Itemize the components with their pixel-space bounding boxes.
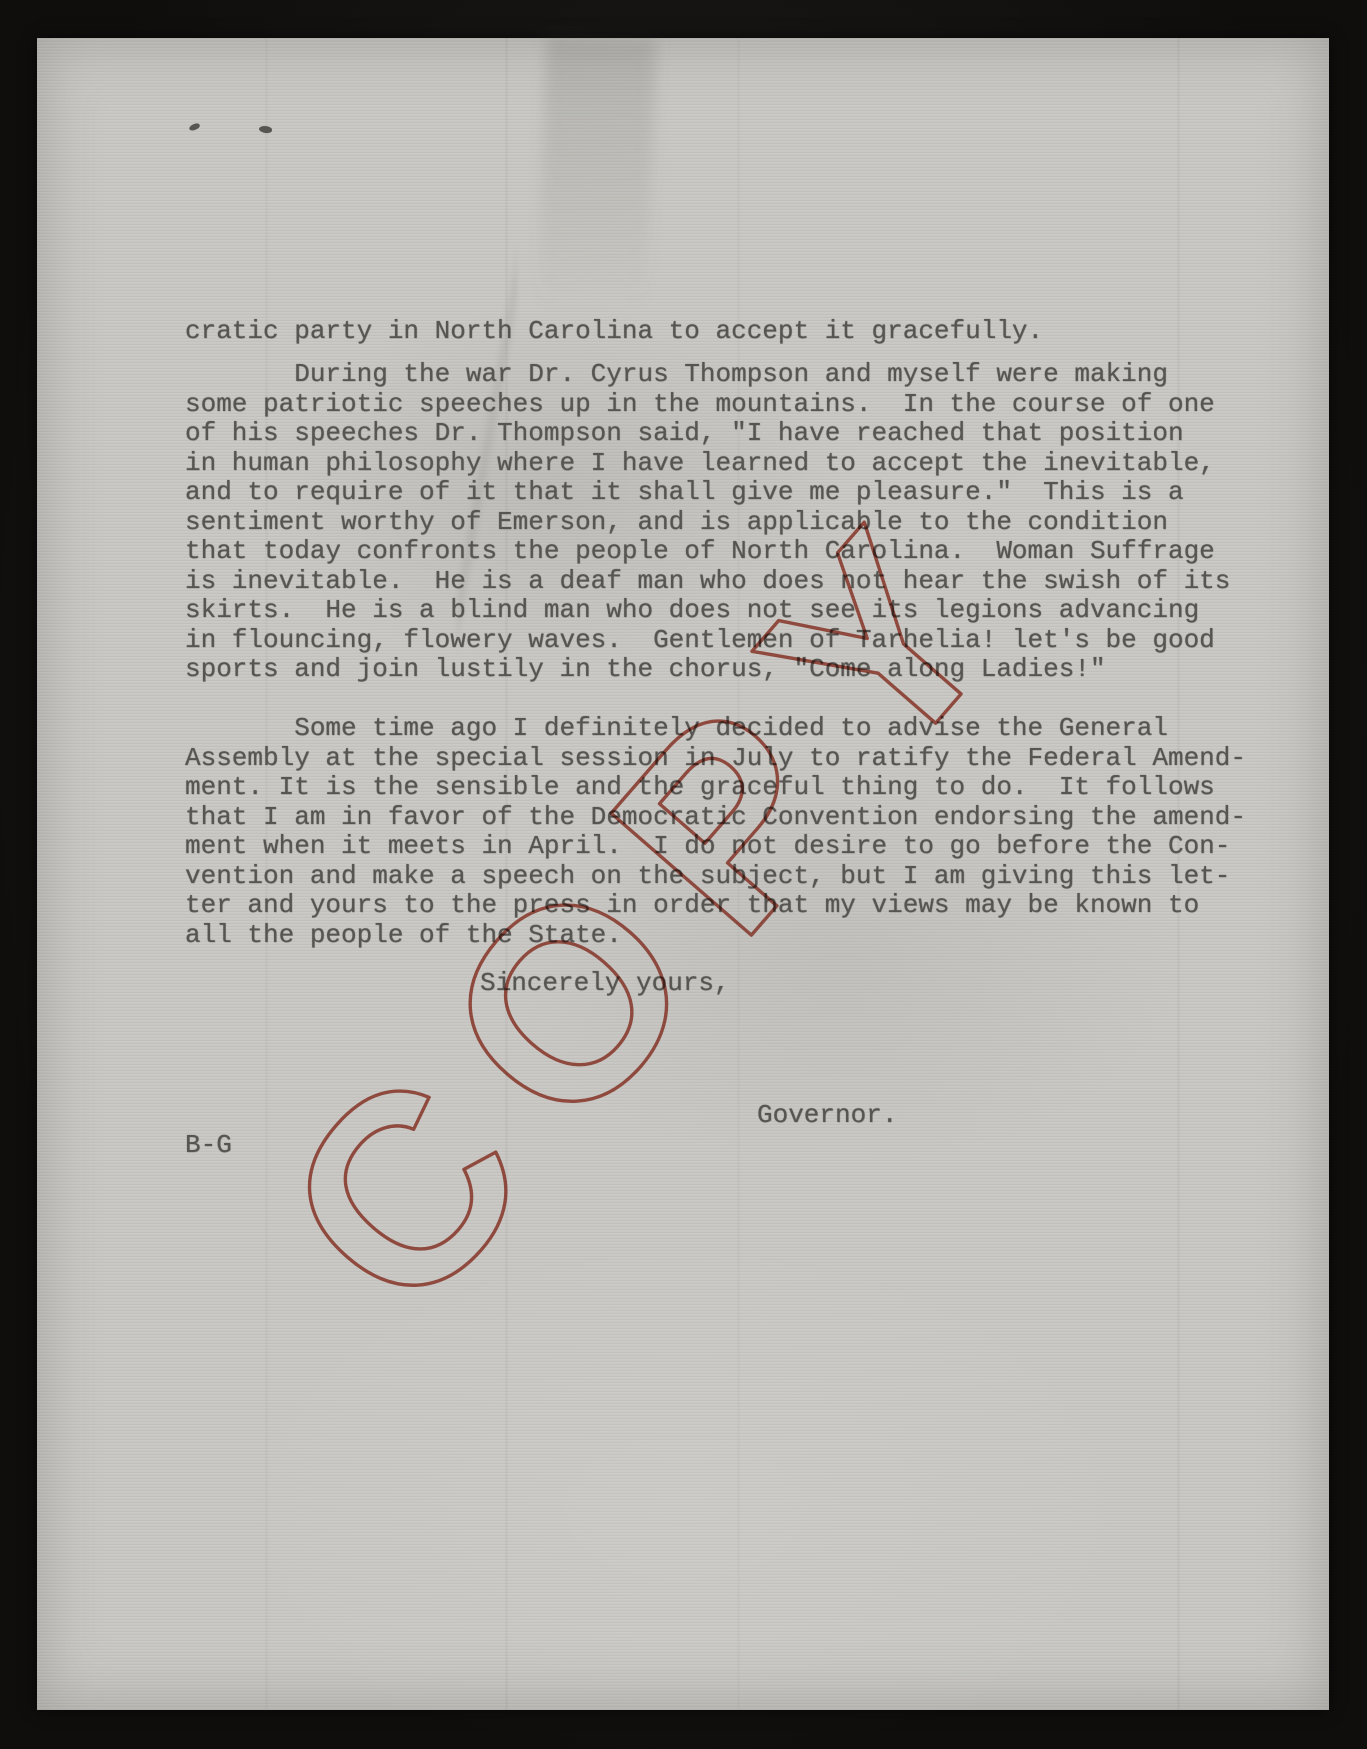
- ink-speck: [188, 122, 200, 131]
- ink-speck: [258, 125, 272, 135]
- letter-signature-title: Governor.: [757, 1101, 897, 1131]
- bleedthrough-smudge: [537, 36, 656, 310]
- typist-initials: B-G: [185, 1131, 232, 1161]
- letter-closing: Sincerely yours,: [480, 969, 730, 999]
- letter-paragraph-war-speeches: During the war Dr. Cyrus Thompson and my…: [185, 360, 1230, 685]
- letter-body-fragment-line: cratic party in North Carolina to accept…: [185, 317, 1043, 347]
- letter-paragraph-decision: Some time ago I definitely decided to ad…: [185, 714, 1246, 950]
- letter-paper: cratic party in North Carolina to accept…: [37, 38, 1329, 1710]
- scan-background: cratic party in North Carolina to accept…: [0, 0, 1367, 1749]
